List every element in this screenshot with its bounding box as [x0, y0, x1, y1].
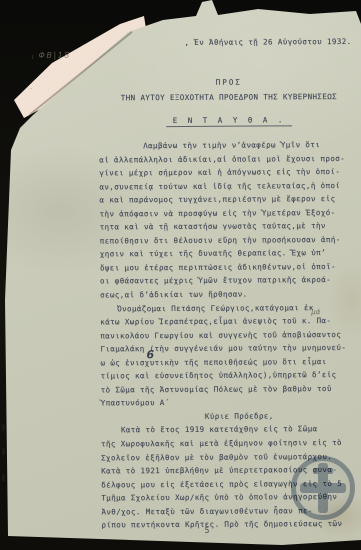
paragraph-1: Λαμβάνω τὴν τιμὴν ν’ἀναφέρω Ὑμῖν ὅτιαἱ ἀ… — [99, 138, 358, 302]
typed-line: τητα καὶ νὰ τῇ καταστήσω γνωστὰς ταύτας,… — [100, 219, 358, 234]
typed-line: α καὶ παράνομος τυγχάνει,περιέστην μὲ ἔφ… — [100, 192, 358, 207]
circular-cross-archive-stamp-icon — [291, 456, 355, 520]
recipient-title: ΤΗΝ ΑΥΤΟΥ ΕΞΟΧΟΤΗΤΑ ΠΡΟΕΔΡΟΝ ΤΗΣ ΚΥΒΕΡΝΗ… — [103, 92, 355, 103]
typed-line: Γιαμαλάκη (τὴν συγγένειάν μου ταύτην τὴν… — [100, 341, 358, 356]
page-number: 5 — [205, 526, 210, 535]
salutation: Κύριε Πρόεδρε, — [205, 409, 359, 423]
typed-line: οι φθάσαντες μέχρις Ὑμῶν ἔτυχον πατρικῆς… — [100, 273, 358, 288]
handwritten-correction: μά — [311, 308, 320, 316]
handwritten-correction: 6 — [146, 348, 154, 361]
date-line: , Ἐν Ἀθήναις τῇ 26 Αὐγούστου 1932. — [99, 37, 352, 48]
typed-line: τῆς Χωροφυλακῆς καὶ μετὰ ἑξάμηνον φοίτησ… — [101, 436, 359, 451]
typed-line: τὸ Σῶμα τῆς Ἀστυνομίας Πόλεως μὲ τὸν βαθ… — [101, 382, 359, 397]
typed-line: Λαμβάνω τὴν τιμὴν ν’ἀναφέρω Ὑμῖν ὅτι — [99, 138, 357, 153]
pencil-mark: · — [30, 85, 32, 93]
stamp-horizontal-bar — [300, 483, 346, 493]
typed-line: κάτω Χωρίου Ἱεραπέτρας,εἶμαι ἀνεψιὸς τοῦ… — [100, 314, 358, 329]
recipient-place-wrap: Ε Ν Τ Α Υ Θ Α . — [103, 115, 355, 128]
recipient-pros: ΠΡΟΣ — [103, 77, 355, 88]
paragraph-2: Ὀνομάζομαι Πετάσης Γεώργιος,κατάγομαι ἐκ… — [100, 300, 359, 410]
pencil-mark: ι — [32, 53, 34, 61]
recipient-place: Ε Ν Τ Α Υ Θ Α . — [166, 115, 293, 127]
scanned-letter-page: ΦΒ|18 ι · , Ἐν Ἀθήναις τῇ 26 Αὐγούστου 1… — [0, 0, 361, 550]
archival-number: ΦΒ|18 — [39, 51, 71, 60]
stamp-top-bar — [313, 468, 333, 474]
typed-line: γίνει μέχρι σήμερον καὶ ἡ ἀπόγνωσις εἰς … — [99, 165, 357, 180]
typed-line: τίμιος καὶ εὐσυνείδητος ὑπάλληλος),ὑπηρε… — [101, 368, 359, 383]
